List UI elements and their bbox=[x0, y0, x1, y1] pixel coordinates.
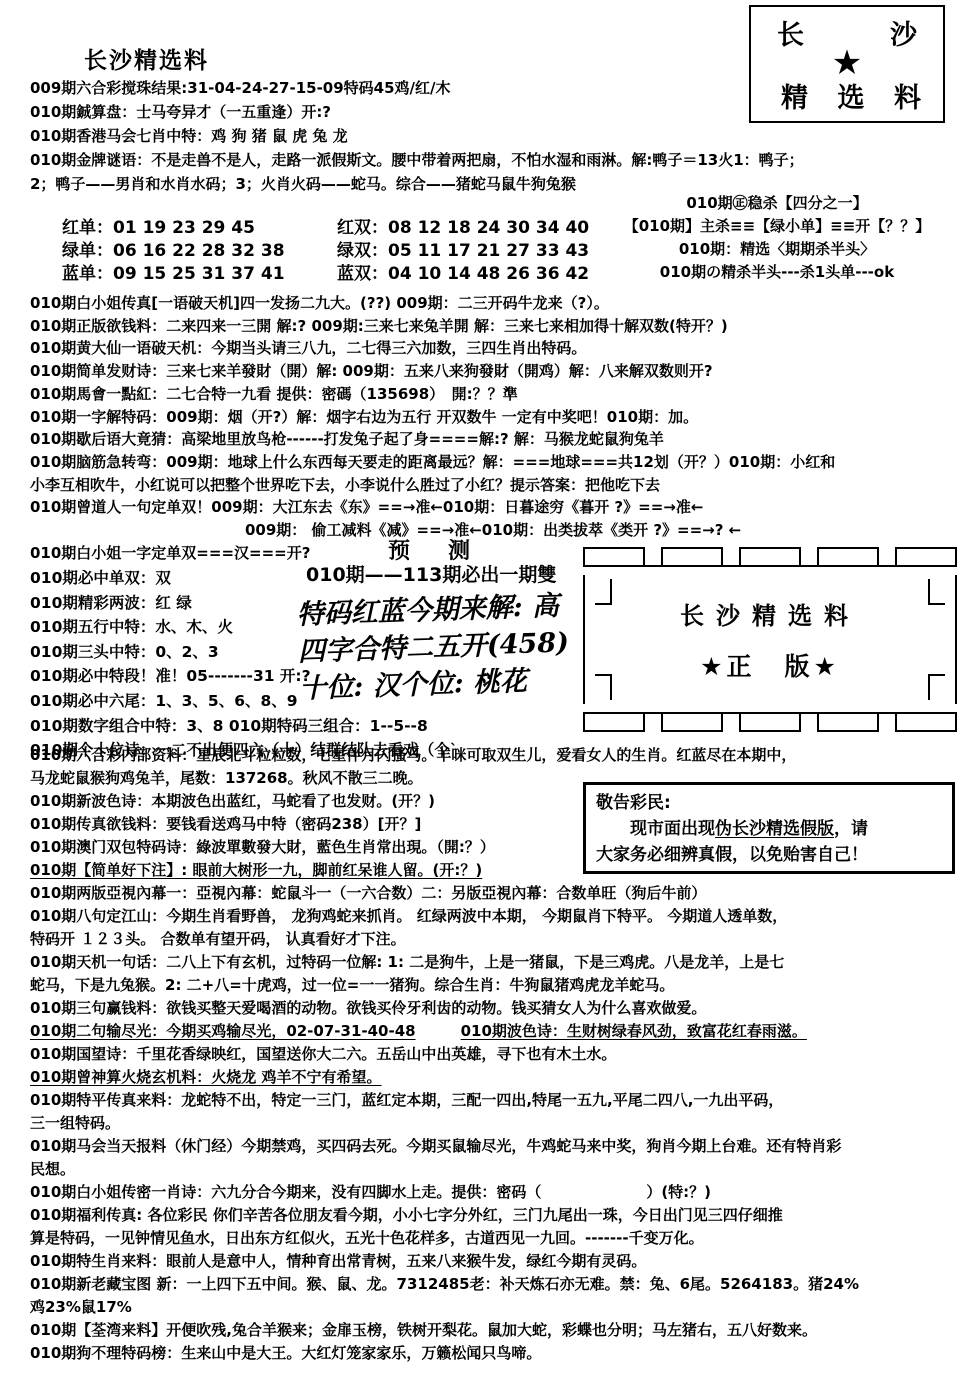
text-line: 绿双：05 11 17 21 27 33 43 bbox=[337, 240, 589, 263]
text-line: 010期【简单好下注】: 眼前大树形一九，脚前红呆谁人留。(开:？) bbox=[30, 859, 965, 882]
lottery-tip-sheet: 长沙精选料 长 沙 ★ 精 选 料 009期六合彩搅珠结果:31-04-24-2… bbox=[0, 0, 967, 1388]
text-line: 小李互相吹牛，小红说可以把整个世界吃下去，小李说什么胜过了小红？提示答案：把他吃… bbox=[30, 474, 965, 497]
film-tab bbox=[817, 712, 879, 732]
text-line: 三一组特码。 bbox=[30, 1112, 965, 1135]
text-line: 蓝单：09 15 25 31 37 41 bbox=[62, 263, 337, 286]
text-line: 010期特平传真来料：龙蛇特不出，特定一三门，蓝红定本期，三配一四出,特尾一五九… bbox=[30, 1089, 965, 1112]
text-line: 010期の精杀半头---杀1头单---ok bbox=[592, 261, 962, 284]
film-tab bbox=[739, 547, 801, 567]
stamp-char-chang: 长 bbox=[777, 13, 804, 52]
top-result-lines: 009期六合彩搅珠结果:31-04-24-27-15-09特码45鸡/红/木01… bbox=[30, 76, 960, 196]
film-tab bbox=[895, 547, 957, 567]
corner-bracket-icon bbox=[595, 674, 612, 700]
lower-tip-lines: 010期六合彩内部资料：星辰北斗粒粒数，七星伴月闪搔马。羊咪可取双生儿，爱看女人… bbox=[30, 744, 965, 1365]
film-tabs-top bbox=[583, 549, 957, 567]
text-line: 010期六合彩内部资料：星辰北斗粒粒数，七星伴月闪搔马。羊咪可取双生儿，爱看女人… bbox=[30, 744, 965, 767]
text-line: 010期：精选〈期期杀半头〉 bbox=[592, 238, 962, 261]
film-tab bbox=[583, 547, 645, 567]
text-line: 010期数字组合中特：3、8 010期特码三组合：1--5--8 bbox=[30, 714, 590, 739]
text-line: 010期狗不理特码榜：生来山中是大王。大红灯笼家家乐，万籁松闻只鸟啼。 bbox=[30, 1342, 965, 1365]
stamp-char-sha: 沙 bbox=[890, 13, 917, 52]
film-tab bbox=[661, 712, 723, 732]
text-line: 010期香港马会七肖中特：鸡 狗 猪 鼠 虎 兔 龙 bbox=[30, 124, 960, 148]
number-table-doubles: 红双：08 12 18 24 30 34 40绿双：05 11 17 21 27… bbox=[337, 217, 589, 286]
text-line: 010期八句定江山：今期生肖看野兽， 龙狗鸡蛇来抓肖。 红绿两波中本期， 今期鼠… bbox=[30, 905, 965, 928]
text-line: 马龙蛇鼠猴狗鸡兔羊，尾数：137268。秋风不散三二晚。 bbox=[30, 767, 965, 790]
text-line: 010期曾道人一句定单双！009期：大江东去《东》==→准←010期：日暮途穷《… bbox=[30, 496, 965, 519]
text-line: 009期： 偷工减料《减》==→准←010期：出类拔萃《类开 ?》==→? ← bbox=[245, 519, 965, 542]
text-line: 010期特生肖来料：眼前人是意中人，情种育出常青树，五来八来猴牛发，绿红今期有灵… bbox=[30, 1250, 965, 1273]
text-segment: 010期波色诗：生财树绿春风劲，致富花红春雨滋。 bbox=[461, 1022, 807, 1040]
text-line: 010期二句输尽光：今期买鸡输尽光，02-07-31-40-48 010期波色诗… bbox=[30, 1020, 965, 1043]
text-line: 010期馬會一點紅：二七合特一九看 提供：密碼（135698） 開:？？準 bbox=[30, 383, 965, 406]
text-line: 民想。 bbox=[30, 1158, 965, 1181]
text-line: 010期白小姐传密一肖诗：六九分合今期来，没有四脚水上走。提供：密码（ ）(特:… bbox=[30, 1181, 965, 1204]
text-line: 红双：08 12 18 24 30 34 40 bbox=[337, 217, 589, 240]
text-line: 010期曾神算火烧玄机料：火烧龙 鸡羊不宁有希望。 bbox=[30, 1066, 965, 1089]
text-line: 010期马会当天报料（休门经）今期禁鸡，买四码去死。今期买鼠输尽光，牛鸡蛇马来中… bbox=[30, 1135, 965, 1158]
kill-prediction-block: 010期㊣稳杀【四分之一】【010期】主杀≡≡【绿小单】≡≡开【？？】010期：… bbox=[592, 192, 962, 284]
handwritten-notes: 特码红蓝今期来解: 高四字合特二五开(458)十位: 汉个位: 桃花 bbox=[296, 587, 571, 707]
text-segment bbox=[416, 1022, 461, 1040]
text-line: 【010期】主杀≡≡【绿小单】≡≡开【？？】 bbox=[592, 215, 962, 238]
genuine-box-body: 长沙精选料 ★正 版★ bbox=[583, 575, 957, 704]
text-segment: 010期【简单好下注】: 眼前大树形一九，脚前红呆谁人留。(开:？) bbox=[30, 861, 482, 879]
film-tab bbox=[583, 712, 645, 732]
color-number-table: 红单：01 19 23 29 45绿单：06 16 22 28 32 38蓝单：… bbox=[62, 217, 589, 286]
text-line: 特码开 １２３头。 合数单有望开码， 认真看好才下注。 bbox=[30, 928, 965, 951]
page-title: 长沙精选料 bbox=[84, 42, 209, 75]
text-segment: 010期曾神算火烧玄机料：火烧龙 鸡羊不宁有希望。 bbox=[30, 1068, 382, 1086]
text-line: 红单：01 19 23 29 45 bbox=[62, 217, 337, 240]
corner-bracket-icon bbox=[928, 674, 945, 700]
text-line: 010期两版亞視內幕一：亞視內幕：蛇鼠斗一（一六合数）二：另版亞視內幕：合数单旺… bbox=[30, 882, 965, 905]
corner-bracket-icon bbox=[928, 579, 945, 605]
corner-bracket-icon bbox=[595, 579, 612, 605]
text-line: 010期白小姐传真[一语破天机]四一发扬二九大。(??) 009期：二三开码牛龙… bbox=[30, 292, 965, 315]
text-line: 010期脑筋急转弯：009期：地球上什么东西每天要走的距离最远？解：===地球=… bbox=[30, 451, 965, 474]
text-line: 算是特码，一见钟情见鱼水，日出东方红似火，五光十色花样多，古道西见一九回。---… bbox=[30, 1227, 965, 1250]
film-tabs-bottom bbox=[583, 712, 957, 730]
text-line: 蓝双：04 10 14 48 26 36 42 bbox=[337, 263, 589, 286]
text-line: 鸡23%鼠17% bbox=[30, 1296, 965, 1319]
text-line: 010期简单发财诗：三来七来羊發財（開）解: 009期：五来八来狗發財（開鸡）解… bbox=[30, 360, 965, 383]
text-line: 010期一字解特码：009期：烟（开?）解：烟字右边为五行 开双数牛 一定有中奖… bbox=[30, 406, 965, 429]
number-table-singles: 红单：01 19 23 29 45绿单：06 16 22 28 32 38蓝单：… bbox=[62, 217, 337, 286]
film-tab bbox=[817, 547, 879, 567]
text-line: 010期传真欲钱料：要钱看送鸡马中特（密码238）[开？] bbox=[30, 813, 965, 836]
film-tab bbox=[661, 547, 723, 567]
text-segment: 010期二句输尽光：今期买鸡输尽光，02-07-31-40-48 bbox=[30, 1022, 416, 1040]
text-line: 010期国望诗：千里花香绿映红，国望送你大二六。五岳山中出英雄，寻下也有木土水。 bbox=[30, 1043, 965, 1066]
text-line: 绿单：06 16 22 28 32 38 bbox=[62, 240, 337, 263]
upper-tip-lines: 010期白小姐传真[一语破天机]四一发扬二九大。(??) 009期：二三开码牛龙… bbox=[30, 292, 965, 564]
text-line: 010期正版欲钱料：二来四来一三開 解:? 009期:三来七来兔羊開 解：三来七… bbox=[30, 315, 965, 338]
text-line: 蛇马，下是九兔猴。2: 二+八=十虎鸡，过一位=一一猪狗。综合生肖：牛狗鼠猪鸡虎… bbox=[30, 974, 965, 997]
genuine-box-subtitle: ★正 版★ bbox=[700, 647, 840, 683]
text-line: 010期新老藏宝图 新：一上四下五中间。猴、鼠、龙。7312485老：补天炼石亦… bbox=[30, 1273, 965, 1296]
text-line: 010期福利传真: 各位彩民 你们辛苦各位朋友看今期，小小七字分外红，三门九尾出… bbox=[30, 1204, 965, 1227]
text-line: 010期三句赢钱料：欲钱买整天爱喝酒的动物。欲钱买伶牙利齿的动物。钱买猜女人为什… bbox=[30, 997, 965, 1020]
text-line: 010期㊣稳杀【四分之一】 bbox=[592, 192, 962, 215]
text-line: 010期黄大仙一语破天机：今期当头请三八九，二七得三六加数，三四生肖出特码。 bbox=[30, 337, 965, 360]
text-line: 010期鋮算盘：士马夸异才（一五重逢）开:? bbox=[30, 100, 960, 124]
film-tab bbox=[895, 712, 957, 732]
text-line: 010期歇后语大竟猜：高梁地里放鸟枪------打发兔子起了身====解:? 解… bbox=[30, 428, 965, 451]
text-line: 010期【荃湾来料】开便吹残,兔合羊猴来；金扉玉榜，铁树开梨花。鼠加大蛇，彩蝶也… bbox=[30, 1319, 965, 1342]
text-line: 010期天机一句话：二八上下有玄机，过特码一位解: 1: 二是狗牛，上是一猪鼠，… bbox=[30, 951, 965, 974]
predict-line: 010期——113期必出一期雙 bbox=[306, 560, 556, 587]
genuine-edition-box: 长沙精选料 ★正 版★ bbox=[583, 549, 957, 730]
film-tab bbox=[739, 712, 801, 732]
genuine-box-title: 长沙精选料 bbox=[680, 596, 860, 631]
text-line: 010期新波色诗：本期波色出蓝红，马蛇看了也发财。(开？) bbox=[30, 790, 965, 813]
star-icon: ★ bbox=[751, 48, 943, 78]
text-line: 010期澳门双包特码诗：綠波單數發大財，藍色生肖常出現。（開:？） bbox=[30, 836, 965, 859]
text-line: 009期六合彩搅珠结果:31-04-24-27-15-09特码45鸡/红/木 bbox=[30, 76, 960, 100]
text-line: 010期金牌谜语：不是走兽不是人，走路一派假斯文。腰中带着两把扇，不怕水湿和雨淋… bbox=[30, 148, 960, 172]
